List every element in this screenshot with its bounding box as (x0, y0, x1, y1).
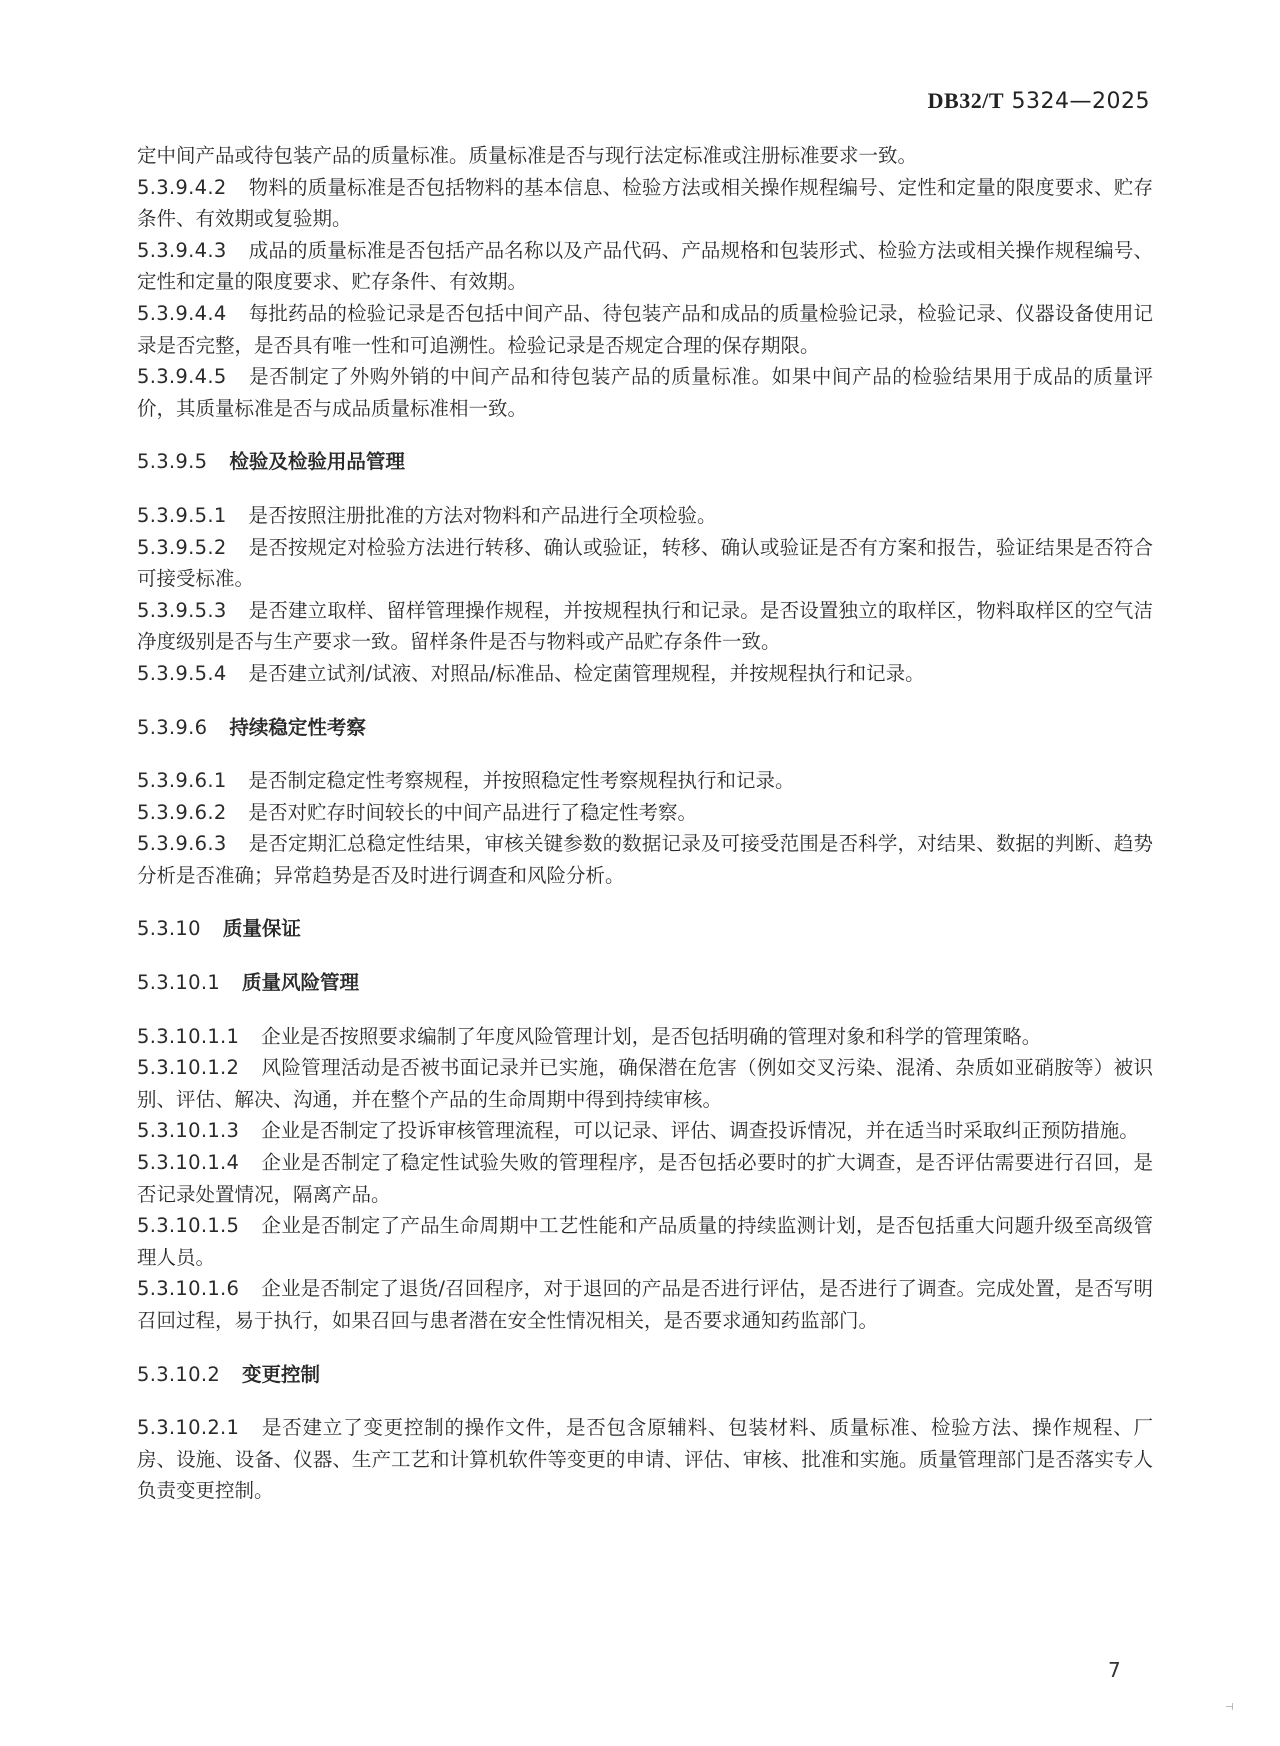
heading-text: 持续稳定性考察 (229, 716, 366, 739)
clause-text: 是否按规定对检验方法进行转移、确认或验证，转移、确认或验证是否有方案和报告，验证… (137, 536, 1153, 591)
clause-number: 5.3.10.1.6 (137, 1273, 239, 1305)
document-code-number: 5324—2025 (1012, 89, 1150, 114)
clause-number: 5.3.9.5 (137, 446, 207, 478)
clause-text: 是否按照注册批准的方法对物料和产品进行全项检验。 (249, 504, 717, 527)
clause-paragraph: 5.3.10.1.5企业是否制定了产品生命周期中工艺性能和产品质量的持续监测计划… (137, 1210, 1153, 1273)
clause-paragraph: 5.3.10.1.4企业是否制定了稳定性试验失败的管理程序，是否包括必要时的扩大… (137, 1147, 1153, 1210)
clause-number: 5.3.9.5.2 (137, 532, 227, 564)
section-heading: 5.3.9.5检验及检验用品管理 (137, 446, 1153, 478)
clause-number: 5.3.9.4.4 (137, 298, 227, 330)
section-heading: 5.3.10.1质量风险管理 (137, 967, 1153, 999)
clause-text: 风险管理活动是否被书面记录并已实施，确保潜在危害（例如交叉污染、混淆、杂质如亚硝… (137, 1056, 1153, 1111)
heading-text: 变更控制 (242, 1363, 320, 1386)
clause-number: 5.3.10.1.1 (137, 1021, 239, 1053)
clause-text: 是否制定了外购外销的中间产品和待包装产品的质量标准。如果中间产品的检验结果用于成… (137, 365, 1153, 420)
clause-paragraph: 5.3.10.1.6企业是否制定了退货/召回程序，对于退回的产品是否进行评估，是… (137, 1273, 1153, 1336)
clause-number: 5.3.9.6 (137, 712, 207, 744)
clause-paragraph: 5.3.9.6.2是否对贮存时间较长的中间产品进行了稳定性考察。 (137, 797, 1153, 829)
clause-text: 是否建立了变更控制的操作文件，是否包含原辅料、包装材料、质量标准、检验方法、操作… (137, 1416, 1153, 1502)
clause-paragraph: 5.3.9.5.1是否按照注册批准的方法对物料和产品进行全项检验。 (137, 500, 1153, 532)
clause-paragraph: 定中间产品或待包装产品的质量标准。质量标准是否与现行法定标准或注册标准要求一致。 (137, 140, 1153, 172)
clause-number: 5.3.10.1.4 (137, 1147, 239, 1179)
clause-number: 5.3.9.5.1 (137, 500, 227, 532)
clause-text: 物料的质量标准是否包括物料的基本信息、检验方法或相关操作规程编号、定性和定量的限… (137, 176, 1153, 231)
clause-paragraph: 5.3.9.5.3是否建立取样、留样管理操作规程，并按规程执行和记录。是否设置独… (137, 595, 1153, 658)
section-heading: 5.3.10.2变更控制 (137, 1359, 1153, 1391)
clause-number: 5.3.9.4.3 (137, 235, 227, 267)
clause-number: 5.3.9.5.3 (137, 595, 227, 627)
clause-number: 5.3.9.5.4 (137, 658, 227, 690)
clause-text: 企业是否制定了投诉审核管理流程，可以记录、评估、调查投诉情况，并在适当时采取纠正… (261, 1119, 1139, 1142)
clause-text: 企业是否制定了产品生命周期中工艺性能和产品质量的持续监测计划，是否包括重大问题升… (137, 1214, 1153, 1269)
clause-text: 企业是否按照要求编制了年度风险管理计划，是否包括明确的管理对象和科学的管理策略。 (261, 1025, 1041, 1048)
clause-paragraph: 5.3.10.1.2风险管理活动是否被书面记录并已实施，确保潜在危害（例如交叉污… (137, 1052, 1153, 1115)
clause-number: 5.3.10.1.2 (137, 1052, 239, 1084)
clause-paragraph: 5.3.9.5.4是否建立试剂/试液、对照品/标准品、检定菌管理规程，并按规程执… (137, 658, 1153, 690)
clause-number: 5.3.10.2 (137, 1359, 220, 1391)
clause-paragraph: 5.3.10.1.3企业是否制定了投诉审核管理流程，可以记录、评估、调查投诉情况… (137, 1115, 1153, 1147)
clause-number: 5.3.9.6.1 (137, 765, 227, 797)
clause-number: 5.3.9.6.3 (137, 828, 227, 860)
page-number: 7 (1108, 1658, 1121, 1682)
clause-paragraph: 5.3.9.6.1是否制定稳定性考察规程，并按照稳定性考察规程执行和记录。 (137, 765, 1153, 797)
clause-number: 5.3.10.1.5 (137, 1210, 239, 1242)
clause-paragraph: 5.3.9.4.4每批药品的检验记录是否包括中间产品、待包装产品和成品的质量检验… (137, 298, 1153, 361)
clause-number: 5.3.9.4.5 (137, 361, 227, 393)
clause-paragraph: 5.3.9.4.3成品的质量标准是否包括产品名称以及产品代码、产品规格和包装形式… (137, 235, 1153, 298)
clause-paragraph: 5.3.10.2.1是否建立了变更控制的操作文件，是否包含原辅料、包装材料、质量… (137, 1412, 1153, 1507)
clause-text: 企业是否制定了退货/召回程序，对于退回的产品是否进行评估，是否进行了调查。完成处… (137, 1277, 1153, 1332)
clause-number: 5.3.9.6.2 (137, 797, 227, 829)
section-heading: 5.3.9.6持续稳定性考察 (137, 712, 1153, 744)
clause-paragraph: 5.3.9.4.2物料的质量标准是否包括物料的基本信息、检验方法或相关操作规程编… (137, 172, 1153, 235)
clause-paragraph: 5.3.9.6.3是否定期汇总稳定性结果，审核关键参数的数据记录及可接受范围是否… (137, 828, 1153, 891)
clause-text: 是否制定稳定性考察规程，并按照稳定性考察规程执行和记录。 (249, 769, 795, 792)
clause-paragraph: 5.3.10.1.1企业是否按照要求编制了年度风险管理计划，是否包括明确的管理对… (137, 1021, 1153, 1053)
clause-number: 5.3.10 (137, 913, 201, 945)
clause-text: 是否对贮存时间较长的中间产品进行了稳定性考察。 (249, 801, 698, 824)
clause-text: 成品的质量标准是否包括产品名称以及产品代码、产品规格和包装形式、检验方法或相关操… (137, 239, 1153, 294)
heading-text: 质量保证 (223, 917, 301, 940)
document-code: DB32/T 5324—2025 (928, 88, 1150, 114)
clause-paragraph: 5.3.9.5.2是否按规定对检验方法进行转移、确认或验证，转移、确认或验证是否… (137, 532, 1153, 595)
section-heading: 5.3.10质量保证 (137, 913, 1153, 945)
clause-number: 5.3.10.1.3 (137, 1115, 239, 1147)
heading-text: 检验及检验用品管理 (229, 450, 405, 473)
clause-text: 是否建立试剂/试液、对照品/标准品、检定菌管理规程，并按规程执行和记录。 (249, 662, 925, 685)
clause-text: 企业是否制定了稳定性试验失败的管理程序，是否包括必要时的扩大调查，是否评估需要进… (137, 1151, 1153, 1206)
clause-number: 5.3.10.1 (137, 967, 220, 999)
heading-text: 质量风险管理 (242, 971, 359, 994)
clause-text: 是否建立取样、留样管理操作规程，并按规程执行和记录。是否设置独立的取样区，物料取… (137, 599, 1153, 654)
clause-text: 是否定期汇总稳定性结果，审核关键参数的数据记录及可接受范围是否科学，对结果、数据… (137, 832, 1153, 887)
clause-paragraph: 5.3.9.4.5是否制定了外购外销的中间产品和待包装产品的质量标准。如果中间产… (137, 361, 1153, 424)
corner-mark: ⊣ (1225, 1702, 1234, 1713)
clause-number: 5.3.9.4.2 (137, 172, 227, 204)
clause-number: 5.3.10.2.1 (137, 1412, 239, 1444)
clause-text: 定中间产品或待包装产品的质量标准。质量标准是否与现行法定标准或注册标准要求一致。 (137, 144, 917, 167)
document-body: 定中间产品或待包装产品的质量标准。质量标准是否与现行法定标准或注册标准要求一致。… (137, 140, 1153, 1507)
clause-text: 每批药品的检验记录是否包括中间产品、待包装产品和成品的质量检验记录，检验记录、仪… (137, 302, 1153, 357)
document-code-prefix: DB32/T (928, 88, 1004, 113)
